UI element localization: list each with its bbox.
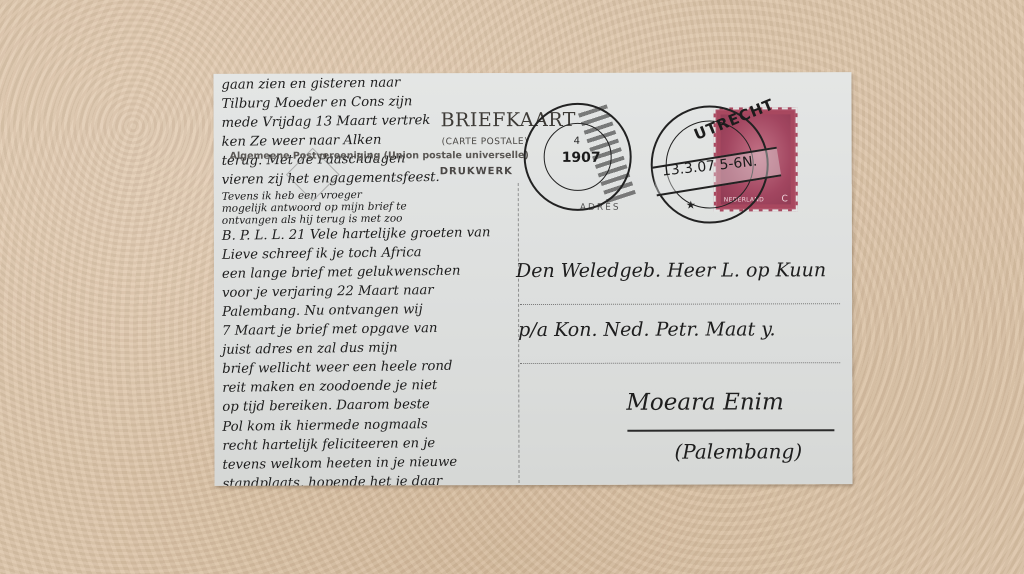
address-line-4: (Palembang) bbox=[674, 439, 802, 463]
stamp-value: C bbox=[781, 194, 787, 204]
postcard: gaan zien en gisteren naar Tilburg Moede… bbox=[213, 72, 852, 486]
address-rule bbox=[520, 362, 840, 364]
print-label: DRUKWERK bbox=[440, 166, 513, 177]
postal-union-text: Algemeene Postvereeniging (Union postale… bbox=[230, 150, 529, 162]
address-line-3: Moeara Enim bbox=[626, 389, 784, 415]
postmark-day: 4 bbox=[574, 136, 580, 147]
city-underline bbox=[627, 429, 834, 432]
address-line-2: p/a Kon. Ned. Petr. Maat y. bbox=[518, 318, 775, 341]
card-subtitle: (CARTE POSTALE) bbox=[442, 137, 529, 147]
address-line-1: Den Weledgeb. Heer L. op Kuun bbox=[516, 259, 826, 282]
star-icon: ★ bbox=[686, 199, 696, 212]
address-rule bbox=[520, 303, 840, 305]
recipient-address: Den Weledgeb. Heer L. op Kuun p/a Kon. N… bbox=[514, 259, 844, 260]
postmark-year: 1907 bbox=[562, 150, 601, 166]
